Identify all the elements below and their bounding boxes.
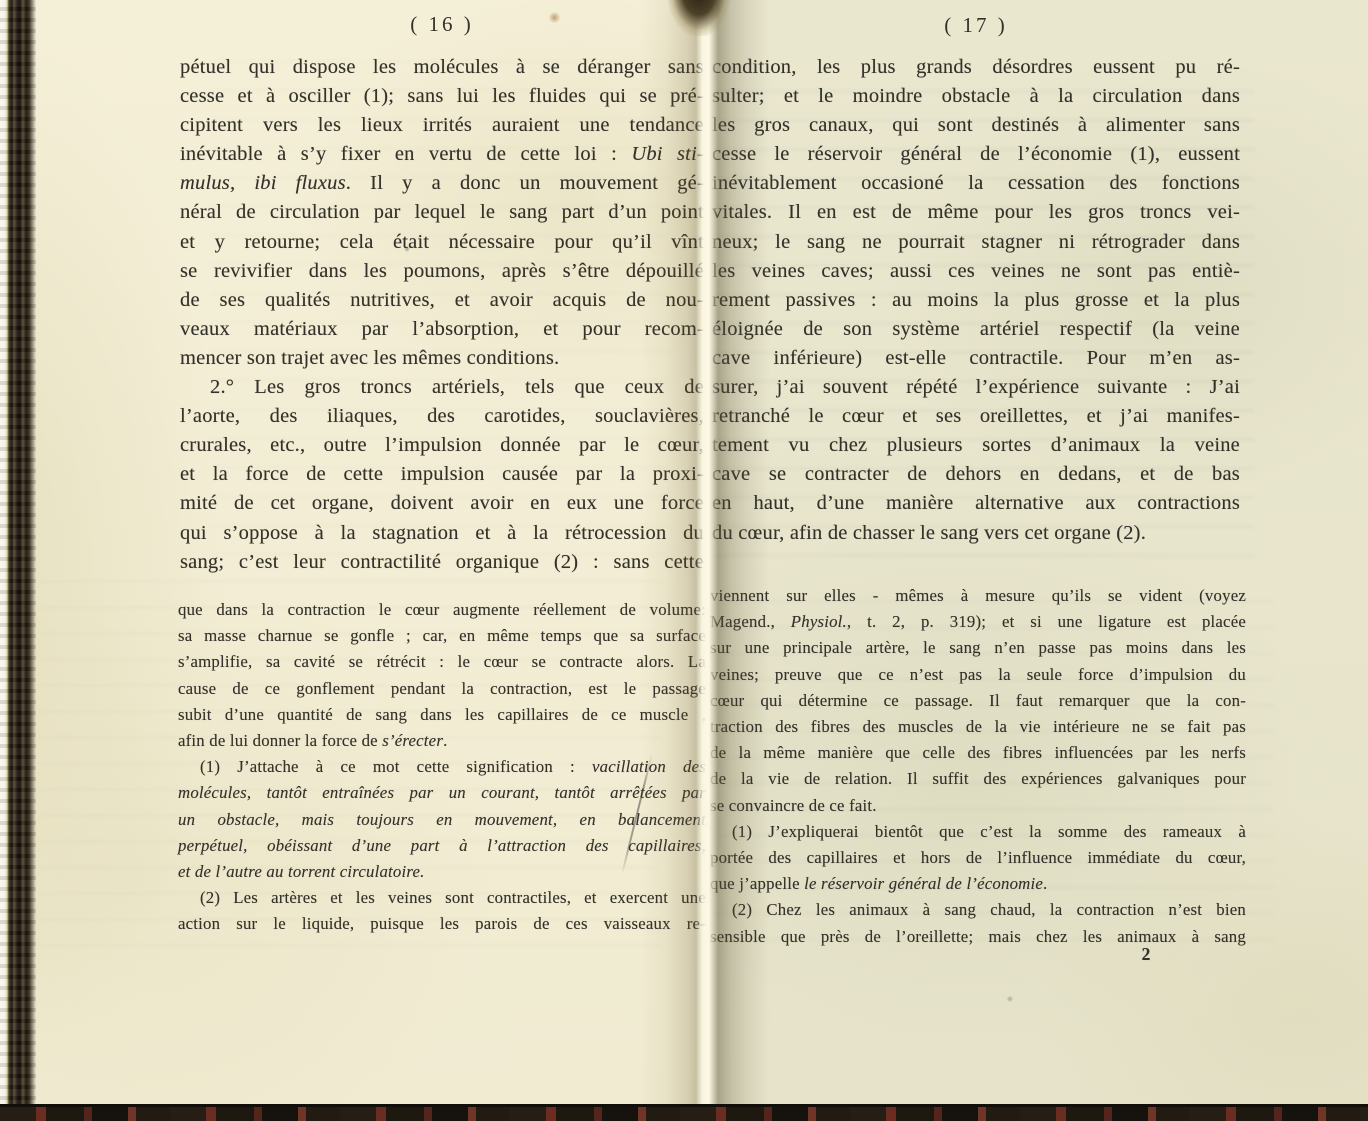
text-line: 2.° Les gros troncs artériels, tels que …: [180, 373, 704, 402]
text-line: condition, les plus grands désordres eus…: [712, 53, 1240, 82]
text-line: qui s’oppose à la stagnation et à la rét…: [180, 519, 704, 548]
text-line: Magend., Physiol., t. 2, p. 319); et si …: [710, 609, 1246, 635]
text-line: cave se contracter de dehors en dedans, …: [712, 460, 1240, 489]
text-line: pétuel qui dispose les molécules à se dé…: [180, 53, 704, 82]
text-line: surer, j’ai souvent répété l’expérience …: [712, 373, 1240, 402]
text-line: sa masse charnue se gonfle ; car, en mêm…: [178, 623, 706, 649]
text-line: cave inférieure) est-elle contractile. P…: [712, 344, 1240, 373]
text-line: cause de ce gonflement pendant la contra…: [178, 676, 706, 702]
text-line: cesse et à osciller (1); sans lui les fl…: [180, 82, 704, 111]
text-line: inévitablement occasioné la cessation de…: [712, 169, 1240, 198]
text-line: neux; le sang ne pourrait stagner ni rét…: [712, 228, 1240, 257]
text-line: (1) J’expliquerai bientôt que c’est la s…: [710, 819, 1246, 845]
text-line: que dans la contraction le cœur augmente…: [178, 597, 706, 623]
text-line: retranché le cœur et ses oreillettes, et…: [712, 402, 1240, 431]
text-line: et y retourne; cela était nécessaire pou…: [180, 228, 704, 257]
text-line: rement passives : au moins la plus gross…: [712, 286, 1240, 315]
right-footnotes: viennent sur elles - mêmes à mesure qu’i…: [710, 583, 1246, 950]
text-line: sang; c’est leur contractilité organique…: [180, 548, 704, 577]
text-line: subit d’une quantité de sang dans les ca…: [178, 702, 706, 728]
book-scan: ( 16 ) pétuel qui dispose les molécules …: [0, 0, 1368, 1121]
marbled-edge: [0, 1104, 1368, 1121]
text-line: (2) Chez les animaux à sang chaud, la co…: [710, 897, 1246, 923]
right-main-text: condition, les plus grands désordres eus…: [712, 53, 1240, 548]
text-line: tement vu chez plusieurs sortes d’animau…: [712, 431, 1240, 460]
text-line: mencer son trajet avec les mêmes conditi…: [180, 344, 704, 373]
text-line: de la vie de relation. Il suffit des exp…: [710, 766, 1246, 792]
text-line: les gros canaux, qui sont destinés à ali…: [712, 111, 1240, 140]
text-line: de ses qualités nutritives, et avoir acq…: [180, 286, 704, 315]
text-line: les veines caves; aussi ces veines ne so…: [712, 257, 1240, 286]
left-main-text: pétuel qui dispose les molécules à se dé…: [180, 53, 704, 577]
text-line: action sur le liquide, puisque les paroi…: [178, 911, 706, 937]
text-line: veines; preuve que ce n’est pas la seule…: [710, 662, 1246, 688]
text-line: de la même manière que celle des fibres …: [710, 740, 1246, 766]
text-line: sur une principale artère, le sang n’en …: [710, 635, 1246, 661]
text-line: portée des capillaires et hors de l’infl…: [710, 845, 1246, 871]
page-number-left: ( 16 ): [180, 12, 704, 37]
text-line: s’amplifie, sa cavité se rétrécit : le c…: [178, 649, 706, 675]
text-line: traction des fibres des muscles de la vi…: [710, 714, 1246, 740]
text-line: du cœur, afin de chasser le sang vers ce…: [712, 519, 1240, 548]
text-line: et de l’autre au torrent circulatoire.: [178, 859, 706, 885]
text-line: néral de circulation par lequel le sang …: [180, 198, 704, 227]
text-line: mulus, ibi fluxus. Il y a donc un mouvem…: [180, 169, 704, 198]
book-fore-edge: [0, 0, 36, 1121]
text-line: sulter; et le moindre obstacle à la circ…: [712, 82, 1240, 111]
signature-mark: 2: [1126, 944, 1166, 965]
text-line: mité de cet organe, doivent avoir en eux…: [180, 489, 704, 518]
page-number-right: ( 17 ): [712, 13, 1240, 38]
gutter-shadow: [640, 0, 770, 1121]
text-line: viennent sur elles - mêmes à mesure qu’i…: [710, 583, 1246, 609]
text-line: éloignée de son système artériel respect…: [712, 315, 1240, 344]
text-line: (2) Les artères et les veines sont contr…: [178, 885, 706, 911]
text-line: cipitent vers les lieux irrités auraient…: [180, 111, 704, 140]
left-footnotes: que dans la contraction le cœur augmente…: [178, 597, 706, 938]
text-line: se revivifier dans les poumons, après s’…: [180, 257, 704, 286]
text-line: afin de lui donner la force de s’érecter…: [178, 728, 706, 754]
text-line: vitales. Il en est de même pour les gros…: [712, 198, 1240, 227]
text-line: que j’appelle le réservoir général de l’…: [710, 871, 1246, 897]
text-line: se convaincre de ce fait.: [710, 793, 1246, 819]
text-line: cœur qui détermine ce passage. Il faut r…: [710, 688, 1246, 714]
text-line: crurales, etc., outre l’impulsion donnée…: [180, 431, 704, 460]
text-line: et la force de cette impulsion causée pa…: [180, 460, 704, 489]
text-line: molécules, tantôt entraînées par un cour…: [178, 780, 706, 806]
binding-notch: [668, 0, 730, 36]
text-line: l’aorte, des iliaques, des carotides, so…: [180, 402, 704, 431]
text-line: cesse le réservoir général de l’économie…: [712, 140, 1240, 169]
text-line: inévitable à s’y fixer en vertu de cette…: [180, 140, 704, 169]
text-line: (1) J’attache à ce mot cette significati…: [178, 754, 706, 780]
text-line: en haut, d’une manière alternative aux c…: [712, 489, 1240, 518]
text-line: un obstacle, mais toujours en mouvement,…: [178, 807, 706, 833]
text-line: veaux matériaux par l’absorption, et pou…: [180, 315, 704, 344]
